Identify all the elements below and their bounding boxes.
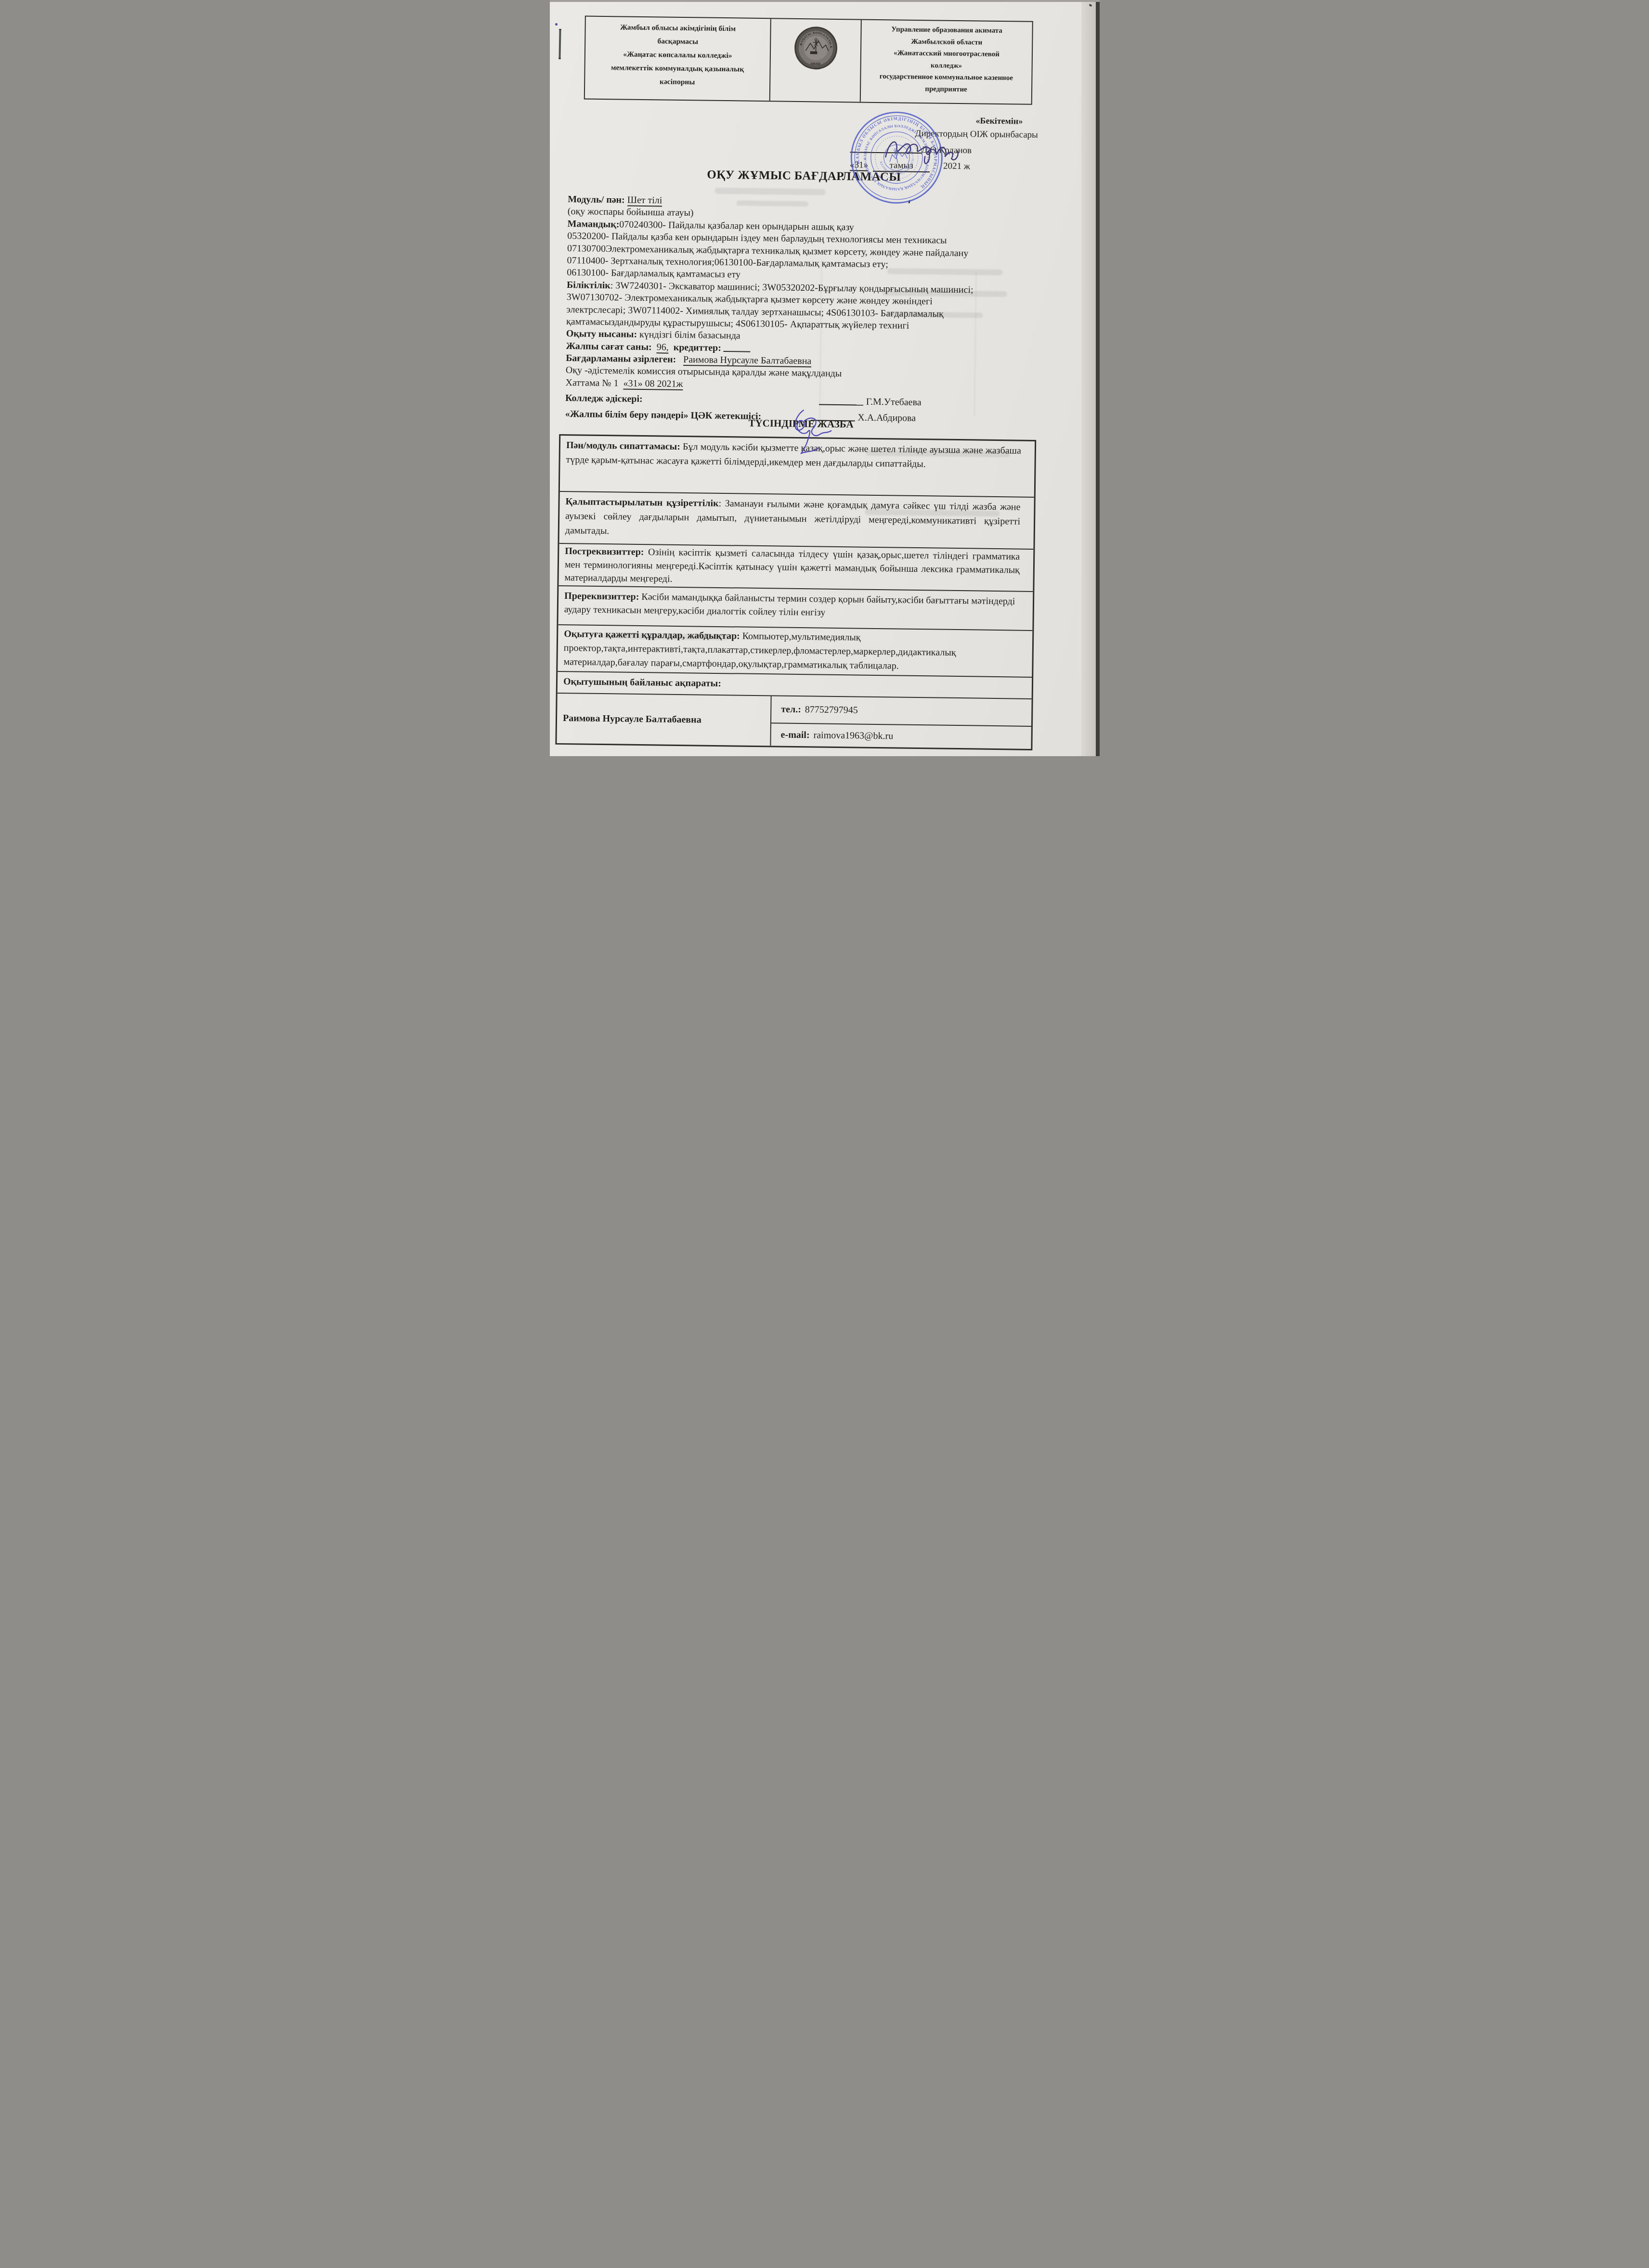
table-row-equipment: Оқытуға қажетті құралдар, жабдықтар: Ком… xyxy=(558,625,1032,678)
phone-row: тел.: 87752797945 xyxy=(771,696,1031,727)
study-form-value: күндізгі білім базасында xyxy=(639,329,740,341)
qualification-label: Біліктілік xyxy=(566,280,610,291)
header-org-russian: Управление образования акимата Жамбылско… xyxy=(860,20,1032,104)
methodist-signature-icon xyxy=(784,406,862,460)
email-value: raimova1963@bk.ru xyxy=(813,730,893,742)
specialty-value-1: 070240300- Пайдалы қазбалар кен орындары… xyxy=(619,219,854,232)
director-signature-icon xyxy=(882,135,974,173)
contact-cell: тел.: 87752797945 e-mail: raimova1963@bk… xyxy=(771,696,1031,749)
scan-edge-light xyxy=(1081,0,1096,756)
table-row-postrequisites: Постреквизиттер: Озінің кәсіптік қызметі… xyxy=(558,544,1033,592)
protocol-date: «31» 08 2021ж xyxy=(623,378,683,390)
module-label: Модуль/ пән: xyxy=(568,194,625,205)
module-value: Шет тілі xyxy=(627,195,662,207)
scan-content: Жамбыл облысы әкімдігінің білім басқарма… xyxy=(550,0,1085,756)
developer-value: Раимова Нурсауле Балтабаевна xyxy=(683,354,811,367)
scan-edge-top xyxy=(550,0,1100,2)
header-seal-cell: ЖАҢАТАС КӨПСАЛАЛЫ КОЛЛЕДЖІ МКҚК xyxy=(770,19,861,102)
table-row-prerequisites: Пререквизиттер: Кәсіби мамандыққа байлан… xyxy=(558,586,1033,631)
paper-sheet: Жамбыл облысы әкімдігінің білім басқарма… xyxy=(550,0,1081,756)
header-table: Жамбыл облысы әкімдігінің білім басқарма… xyxy=(584,15,1033,104)
document-body: Модуль/ пән: Шет тілі (оқу жоспары бойын… xyxy=(565,193,1082,427)
ghost-bleed-line xyxy=(714,188,825,195)
developer-label: Бағдарламаны әзірлеген xyxy=(566,353,673,365)
hours-value: 96, xyxy=(656,342,668,353)
methodist-name: Г.М.Утебаева xyxy=(866,397,921,408)
hours-label: Жалпы сағат саны: xyxy=(566,341,652,352)
credits-blank xyxy=(723,351,750,352)
explanatory-table: Пән/модуль сипаттамасы: Бұл модуль кәсіб… xyxy=(555,434,1036,750)
row-label: Оқытушының байланыс ақпараты: xyxy=(563,676,721,689)
table-row-contact: Раимова Нурсауле Балтабаевна тел.: 87752… xyxy=(557,694,1031,749)
row-label: Оқытуға қажетті құралдар, жабдықтар: xyxy=(564,629,740,641)
row-label: Пререквизиттер: xyxy=(564,591,639,602)
row-label: Пән/модуль сипаттамасы: xyxy=(566,440,680,452)
protocol-prefix: Хаттама № 1 xyxy=(565,377,618,388)
specialty-label: Мамандық: xyxy=(567,219,619,230)
row-label: Постреквизиттер: xyxy=(565,546,644,557)
row-label: Қалыптастырылатын құзіреттілік xyxy=(565,496,718,509)
methodist-signature-rule xyxy=(818,404,863,406)
phone-value: 87752797945 xyxy=(805,704,857,716)
staple-mark xyxy=(558,29,561,59)
phone-label: тел.: xyxy=(781,704,801,716)
teacher-name-cell: Раимова Нурсауле Балтабаевна xyxy=(557,694,771,746)
college-seal-icon: ЖАҢАТАС КӨПСАЛАЛЫ КОЛЛЕДЖІ МКҚК xyxy=(792,25,839,72)
header-org-kazakh: Жамбыл облысы әкімдігінің білім басқарма… xyxy=(584,17,771,101)
scanned-document-page: Жамбыл облысы әкімдігінің білім басқарма… xyxy=(550,0,1100,756)
methodist-label: Колледж әдіскері: xyxy=(565,393,643,404)
table-row-competence: Қалыптастырылатын құзіреттілік: Заманауи… xyxy=(559,492,1034,550)
credits-label: кредиттер: xyxy=(673,342,721,353)
scan-edge-dark xyxy=(1096,0,1100,756)
email-label: e-mail: xyxy=(780,729,809,741)
study-form-label: Оқыту нысаны: xyxy=(566,328,637,340)
seal-abbr-text: МКҚК xyxy=(810,63,820,66)
ink-dot xyxy=(555,23,558,26)
email-row: e-mail: raimova1963@bk.ru xyxy=(771,723,1031,749)
